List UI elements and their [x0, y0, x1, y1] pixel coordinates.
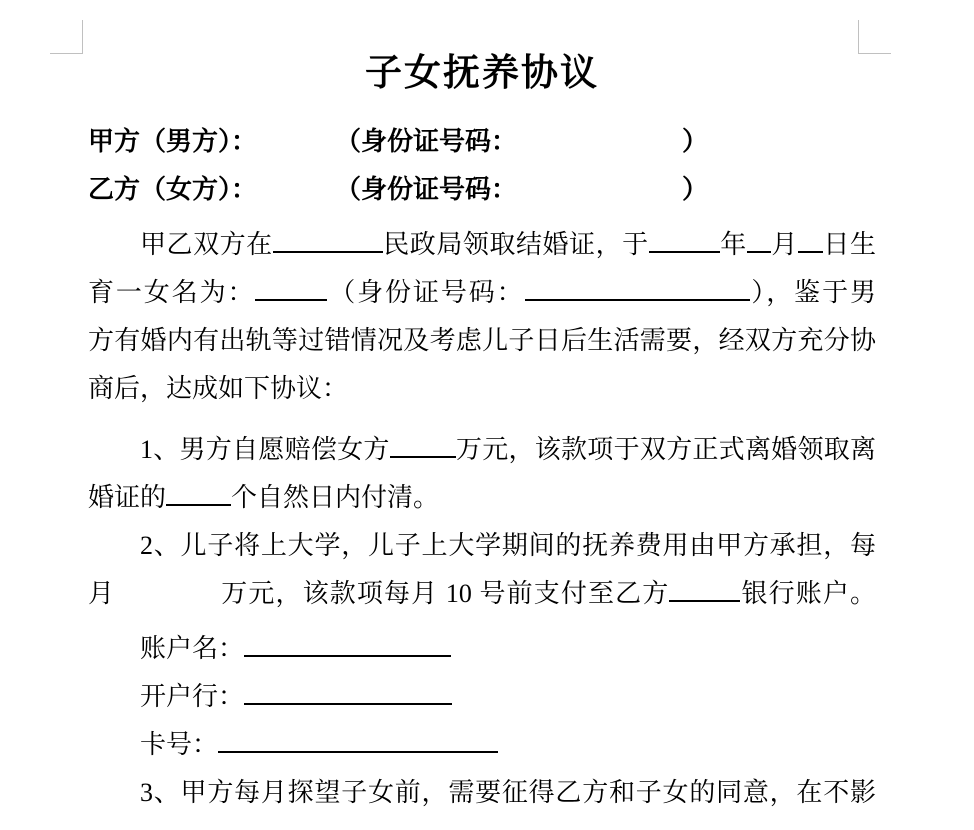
text-run: 方有婚内有出轨等过错情况及考虑儿子日后生活需要，经双方充分协	[88, 326, 876, 355]
clause3-line-1: 3、甲方每月探望子女前，需要征得乙方和子女的同意，在不影	[88, 769, 876, 817]
intro-line-4: 商后，达成如下协议：	[88, 365, 876, 413]
text-run: 1、男方自愿赔偿女方	[140, 435, 390, 464]
blank-underline-field	[218, 751, 498, 753]
text-run: 婚证的	[88, 483, 166, 512]
clause2-line-2: 月万元，该款项每月 10 号前支付至乙方银行账户。	[88, 570, 876, 618]
bank-branch-line: 开户行：	[88, 673, 876, 721]
document-body: 甲方（男方）：（身份证号码：）乙方（女方）：（身份证号码：）甲乙双方在民政局领取…	[88, 118, 876, 817]
blank-space	[517, 197, 682, 198]
text-run: 开户行：	[140, 682, 244, 711]
text-run: 月	[88, 579, 115, 608]
text-run: （身份证号码：	[335, 175, 517, 204]
intro-line-2: 育一女名为：（身份证号码：），鉴于男	[88, 269, 876, 317]
blank-underline-field	[244, 655, 451, 657]
blank-underline-field	[166, 504, 231, 506]
blank-underline-field	[747, 251, 771, 253]
text-run: ）	[682, 175, 708, 204]
text-run: 日生	[823, 230, 876, 259]
text-run: 民政局领取结婚证，于	[383, 230, 649, 259]
blank-space	[517, 149, 682, 150]
text-run: 商后，达成如下协议：	[88, 374, 348, 403]
blank-underline-field	[244, 703, 452, 705]
blank-space	[257, 149, 335, 150]
text-run: 账户名：	[140, 634, 244, 663]
account-name-line: 账户名：	[88, 625, 876, 673]
text-run: 卡号：	[140, 730, 218, 759]
blank-underline-field	[525, 299, 750, 301]
blank-underline-field	[255, 299, 327, 301]
clause1-line-2: 婚证的个自然日内付清。	[88, 474, 876, 522]
text-run: 3、甲方每月探望子女前，需要征得乙方和子女的同意，在不影	[140, 778, 876, 807]
blank-underline-field	[273, 251, 383, 253]
clause2-line-1: 2、儿子将上大学，儿子上大学期间的抚养费用由甲方承担，每	[88, 522, 876, 570]
blank-underline-field	[798, 251, 823, 253]
text-run: ），鉴于男	[750, 278, 876, 307]
party-line-jiafang: 甲方（男方）：（身份证号码：）	[88, 118, 876, 166]
text-run: 乙方（女方）：	[88, 175, 257, 204]
text-run: 年	[720, 230, 747, 259]
document-content: 子女抚养协议 甲方（男方）：（身份证号码：）乙方（女方）：（身份证号码：）甲乙双…	[0, 0, 974, 817]
card-number-line: 卡号：	[88, 721, 876, 769]
text-run: 育一女名为：	[88, 278, 255, 307]
blank-underline-field	[390, 456, 456, 458]
text-run: 银行账户。	[740, 579, 876, 608]
blank-underline-field	[669, 600, 740, 602]
text-run: ）	[682, 127, 708, 156]
text-run: 万元，该款项每月 10 号前支付至乙方	[220, 579, 669, 608]
document-page: 子女抚养协议 甲方（男方）：（身份证号码：）乙方（女方）：（身份证号码：）甲乙双…	[0, 0, 974, 830]
document-title: 子女抚养协议	[88, 52, 876, 96]
text-run: 月	[771, 230, 798, 259]
party-line-yifang: 乙方（女方）：（身份证号码：）	[88, 166, 876, 214]
intro-line-1: 甲乙双方在民政局领取结婚证，于年月日生	[88, 221, 876, 269]
text-run: （身份证号码：	[327, 278, 524, 307]
blank-underline-field	[649, 251, 720, 253]
text-run: 甲方（男方）：	[88, 127, 257, 156]
text-run: 甲乙双方在	[140, 230, 273, 259]
text-run: 个自然日内付清。	[231, 483, 439, 512]
text-run: 万元，该款项于双方正式离婚领取离	[456, 435, 876, 464]
intro-line-3: 方有婚内有出轨等过错情况及考虑儿子日后生活需要，经双方充分协	[88, 317, 876, 365]
text-run: （身份证号码：	[335, 127, 517, 156]
blank-space	[115, 601, 220, 602]
text-run: 2、儿子将上大学，儿子上大学期间的抚养费用由甲方承担，每	[140, 531, 876, 560]
blank-space	[257, 197, 335, 198]
clause1-line-1: 1、男方自愿赔偿女方万元，该款项于双方正式离婚领取离	[88, 426, 876, 474]
